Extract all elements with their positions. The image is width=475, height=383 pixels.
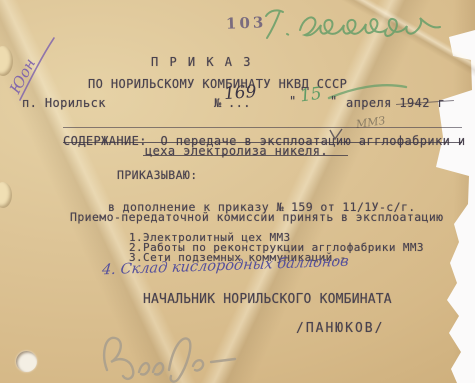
subject-top-rule bbox=[63, 127, 462, 128]
place-name: п. Норильск bbox=[22, 96, 106, 110]
scanned-order-document: 103 Юон П Р И К А З ПО НОРИЛЬСКОМУ КОМБИ… bbox=[0, 0, 475, 383]
subject-underline2 bbox=[143, 155, 348, 156]
insertion-caret-mark bbox=[328, 128, 344, 142]
body-line2: Приемо-передаточной комиссии принять в э… bbox=[70, 210, 444, 224]
handwritten-date-day: 15 bbox=[299, 84, 323, 107]
number-label: № bbox=[214, 96, 222, 110]
pencil-signature-scribble bbox=[95, 326, 265, 383]
handwritten-order-number: 169 bbox=[223, 82, 257, 104]
punch-hole bbox=[16, 351, 37, 372]
signer-name: /ПАНЮКОВ/ bbox=[296, 321, 384, 336]
order-word: ПРИКАЗЫВАЮ: bbox=[117, 168, 198, 182]
date-quote-open: " bbox=[289, 94, 297, 108]
subject-underline1 bbox=[63, 142, 462, 143]
date-quote-close: " bbox=[330, 94, 338, 108]
purple-flourish bbox=[16, 34, 58, 104]
document-title: П Р И К А З bbox=[151, 55, 252, 69]
signer-title: НАЧАЛЬНИК НОРИЛЬСКОГО КОМБИНАТА bbox=[143, 292, 392, 307]
green-signature-scribble bbox=[256, 3, 448, 47]
